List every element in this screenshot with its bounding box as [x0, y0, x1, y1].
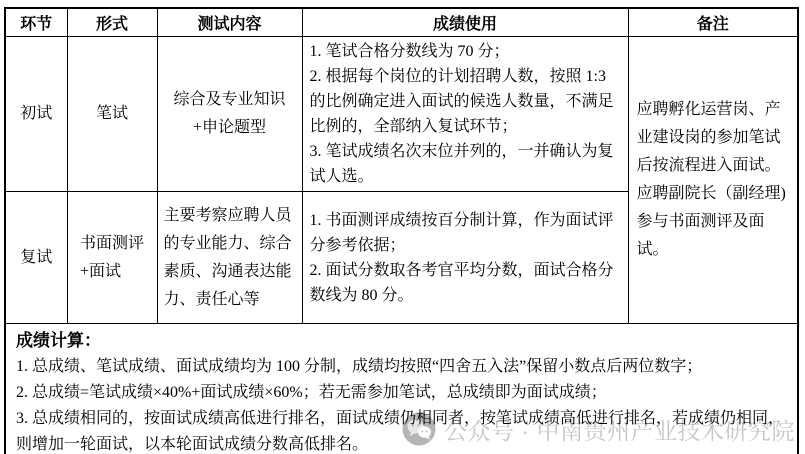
- cell-score-usage-first-test: 1. 笔试合格分数线为 70 分； 2. 根据每个岗位的计划招聘人数，按照 1:…: [302, 37, 628, 192]
- score-usage-item: 1. 书面测评成绩按百分制计算，作为面试评分参考依据；: [310, 208, 622, 258]
- score-usage-item: 3. 笔试成绩名次末位并列的，一并确认为复试人选。: [310, 139, 622, 189]
- format-line: 书面测评: [80, 230, 144, 258]
- cell-content-first-test: 综合及专业知识 +申论题型: [157, 37, 302, 192]
- format-line: +面试: [80, 258, 144, 286]
- table-row-score-calculation: 成绩计算： 1. 总成绩、笔试成绩、面试成绩均为 100 分制，成绩均按照“四舍…: [5, 324, 798, 454]
- cell-format-first-test: 笔试: [67, 37, 157, 192]
- score-usage-item: 2. 根据每个岗位的计划招聘人数，按照 1:3 的比例确定进入面试的候选人数量，…: [310, 64, 622, 139]
- score-calculation-section: 成绩计算： 1. 总成绩、笔试成绩、面试成绩均为 100 分制，成绩均按照“四舍…: [5, 324, 798, 454]
- score-usage-item: 1. 笔试合格分数线为 70 分；: [310, 39, 622, 64]
- column-header-score-usage: 成绩使用: [302, 8, 628, 37]
- header-row: 环节 形式 测试内容 成绩使用 备注: [5, 8, 798, 37]
- cell-stage-second-test: 复试: [5, 192, 67, 324]
- recruitment-test-table: 环节 形式 测试内容 成绩使用 备注 初试 笔试 综合及专业知识 +申论题型 1…: [4, 7, 799, 454]
- document-page: 公众号 · 中南贵州产业技术研究院 环节 形式 测试内容 成绩使用 备注 初试 …: [0, 0, 805, 454]
- score-usage-item: 2. 面试分数取各考官平均分数，面试合格分数线为 80 分。: [310, 258, 622, 308]
- content-line: +申论题型: [162, 114, 298, 142]
- table-row-first-test: 初试 笔试 综合及专业知识 +申论题型 1. 笔试合格分数线为 70 分； 2.…: [5, 37, 798, 192]
- cell-remark: 应聘孵化运营岗、产业建设岗的参加笔试后按流程进入面试。应聘副院长（副经理)参与书…: [628, 37, 798, 324]
- score-calculation-item: 2. 总成绩=笔试成绩×40%+面试成绩×60%；若无需参加笔试，总成绩即为面试…: [16, 380, 787, 406]
- score-calculation-title: 成绩计算：: [16, 328, 787, 354]
- score-calculation-item: 3. 总成绩相同的，按面试成绩高低进行排名，面试成绩仍相同者，按笔试成绩高低进行…: [16, 406, 787, 454]
- column-header-remark: 备注: [628, 8, 798, 37]
- cell-stage-first-test: 初试: [5, 37, 67, 192]
- cell-score-usage-second-test: 1. 书面测评成绩按百分制计算，作为面试评分参考依据； 2. 面试分数取各考官平…: [302, 192, 628, 324]
- format-block: 书面测评 +面试: [80, 230, 144, 286]
- score-calculation-item: 1. 总成绩、笔试成绩、面试成绩均为 100 分制，成绩均按照“四舍五入法”保留…: [16, 354, 787, 380]
- column-header-test-content: 测试内容: [157, 8, 302, 37]
- column-header-format: 形式: [67, 8, 157, 37]
- column-header-stage: 环节: [5, 8, 67, 37]
- cell-content-second-test: 主要考察应聘人员的专业能力、综合素质、沟通表达能力、责任心等: [157, 192, 302, 324]
- content-line: 综合及专业知识: [162, 86, 298, 114]
- cell-format-second-test: 书面测评 +面试: [67, 192, 157, 324]
